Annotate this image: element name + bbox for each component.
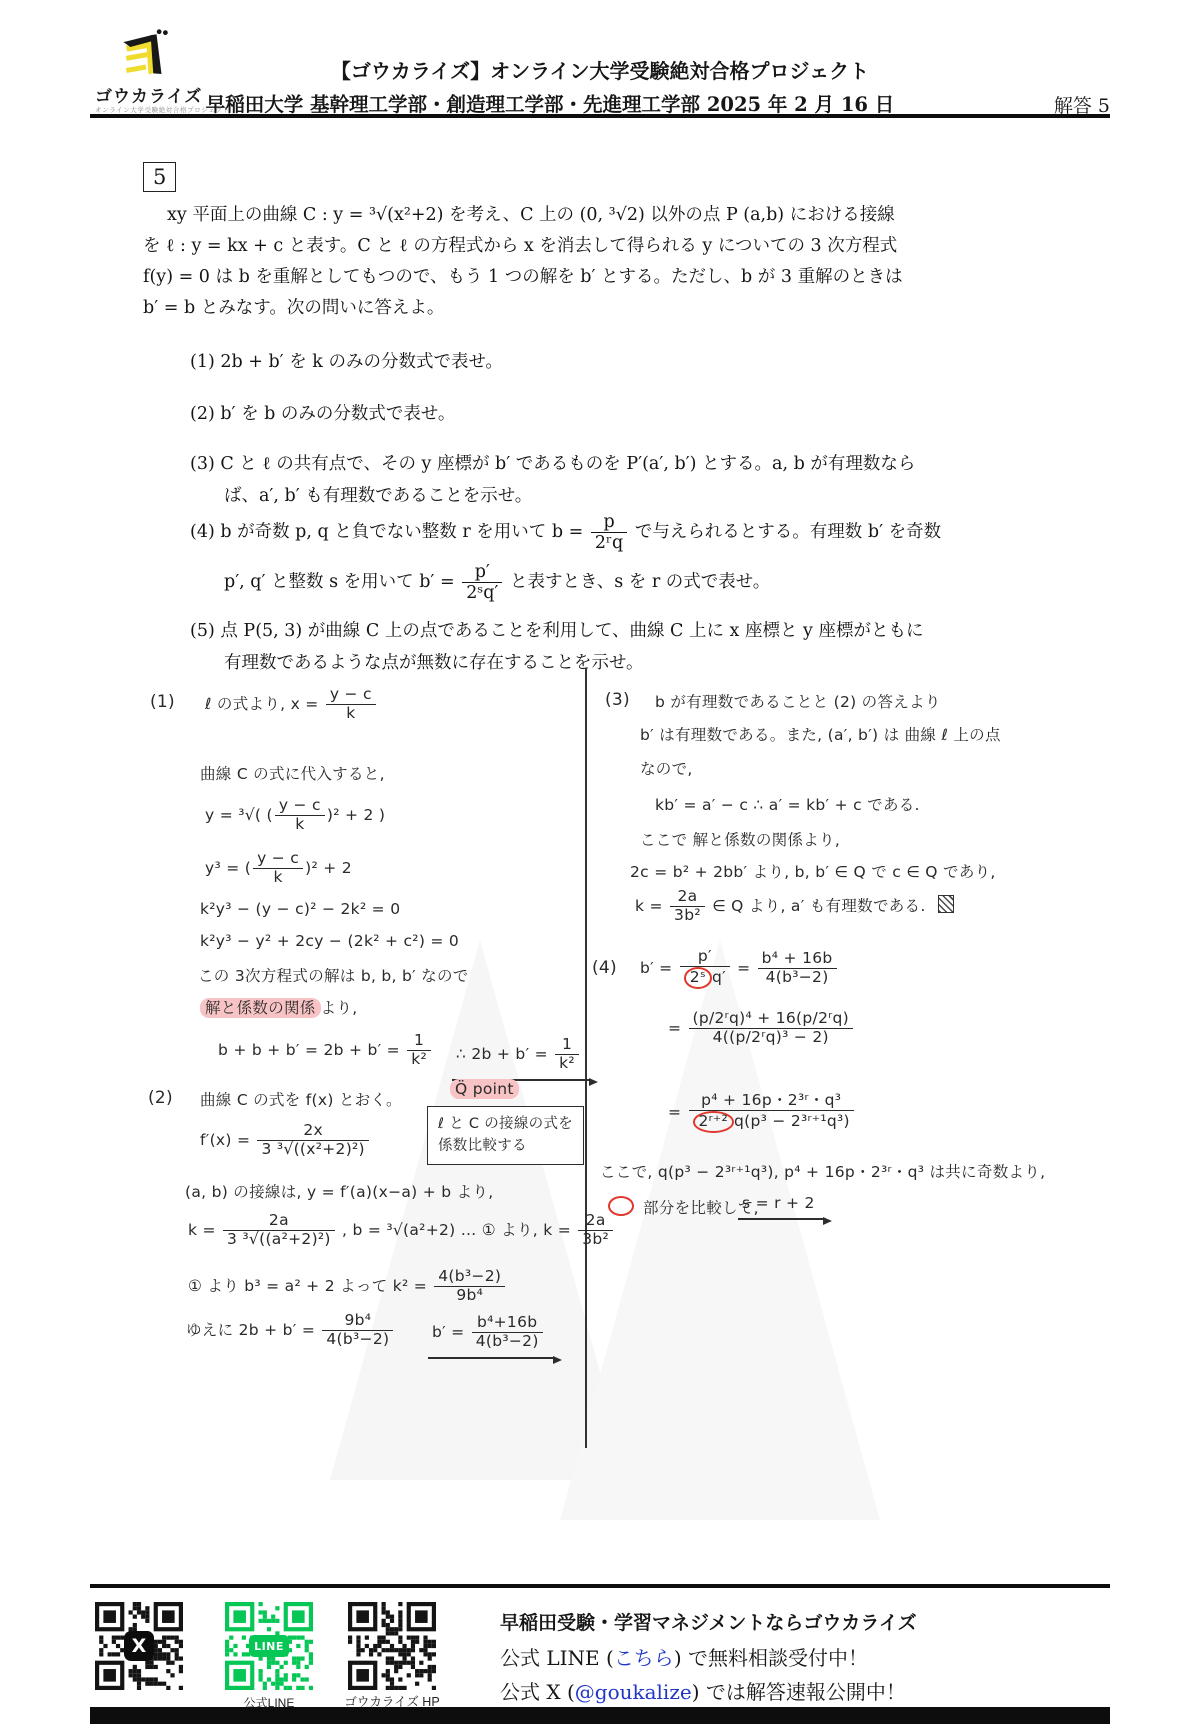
footer-bottom-bar <box>90 1707 1110 1724</box>
header-rule <box>90 114 1110 118</box>
part-label: (1) <box>150 692 175 712</box>
solution-line: 部分を比較して, <box>608 1196 759 1218</box>
solution-line: ゆえに 2b + b′ = 9b⁴4(b³−2) <box>186 1312 395 1349</box>
solution-line: この 3次方程式の解は b, b, b′ なので <box>198 964 469 986</box>
solution-line: b′ は有理数である。また, (a′, b′) は 曲線 ℓ 上の点 <box>640 723 1001 745</box>
problem-item-2: (2) b′ を b のみの分数式で表せ。 <box>190 400 455 425</box>
red-oval-mark <box>608 1196 634 1216</box>
problem-item-3: (3) C と ℓ の共有点で、その y 座標が b′ であるものを P′(a′… <box>190 450 915 475</box>
problem-statement-line: xy 平面上の曲線 C : y = ³√(x²+2) を考え、C 上の (0, … <box>167 201 895 226</box>
footer-x-line: 公式 X (@goukalize) では解答速報公開中！ <box>500 1676 906 1705</box>
line-logo-icon: LINE <box>249 1635 289 1657</box>
problem-item-5: (5) 点 P(5, 3) が曲線 C 上の点であることを利用して、曲線 C 上… <box>190 617 924 642</box>
solution-line: ① より b³ = a² + 2 よって k² = 4(b³−2)9b⁴ <box>188 1268 507 1305</box>
qed-mark <box>938 895 954 913</box>
part-label: (2) <box>148 1088 173 1108</box>
solution-line: y³ = (y − ck)² + 2 <box>205 850 352 887</box>
footer-tagline: 早稲田受験・学習マネジメントならゴウカライズ <box>500 1608 917 1635</box>
line-link[interactable]: こちら <box>614 1646 674 1670</box>
solution-line: 曲線 C の式を f(x) とおく。 <box>200 1088 402 1110</box>
solution-line: f′(x) = 2x3 ³√((x²+2)²) <box>200 1122 371 1159</box>
solution-line: k = 2a3 ³√((a²+2)²) , b = ³√(a²+2) … ① よ… <box>188 1212 615 1249</box>
qr-pattern <box>348 1602 436 1695</box>
solution-line: 解と係数の関係より, <box>200 996 357 1018</box>
solution-line: ℓ の式より, x = y − ck <box>205 686 378 723</box>
problem-statement-line: f(y) = 0 は b を重解としてもつので、もう 1 つの解を b′ とする… <box>143 263 903 288</box>
x-logo-icon: X <box>124 1631 154 1661</box>
solution-line: 2c = b² + 2bb′ より, b, b′ ∈ Q で c ∈ Q であり… <box>630 860 996 882</box>
solution-line: y = ³√( (y − ck)² + 2 ) <box>205 797 385 834</box>
solution-line: b + b + b′ = 2b + b′ = 1k² <box>218 1032 433 1069</box>
problem-item-5-cont: 有理数であるような点が無数に存在することを示せ。 <box>224 649 643 674</box>
solution-line: なので, <box>640 757 693 779</box>
problem-statement-line: b′ = b とみなす。次の問いに答えよ。 <box>143 294 444 319</box>
part-label: (3) <box>605 690 630 710</box>
solution-line: k²y³ − y² + 2cy − (2k² + c²) = 0 <box>200 932 459 950</box>
solution-line: = (p/2ʳq)⁴ + 16(p/2ʳq)4((p/2ʳq)³ − 2) <box>668 1010 855 1047</box>
problem-number-box: 5 <box>143 162 176 192</box>
problem-item-1: (1) 2b + b′ を k のみの分数式で表せ。 <box>190 348 503 373</box>
solution-line: k²y³ − (y − c)² − 2k² = 0 <box>200 900 400 918</box>
solution-line: k = 2a3b² ∈ Q より, a′ も有理数である. <box>635 888 954 925</box>
problem-statement-line: を ℓ : y = kx + c と表す。C と ℓ の方程式から x を消去し… <box>143 232 897 257</box>
qr-code-x: X <box>95 1602 183 1690</box>
highlighted-phrase: 解と係数の関係 <box>200 998 321 1018</box>
solution-line: = p⁴ + 16p・2³ʳ・q³2ʳ⁺²q(p³ − 2³ʳ⁺¹q³) <box>668 1092 856 1133</box>
solution-line: ここで, q(p³ − 2³ʳ⁺¹q³), p⁴ + 16p・2³ʳ・q³ は共… <box>600 1160 1045 1182</box>
solution-line: (a, b) の接線は, y = f′(a)(x−a) + b より, <box>185 1180 493 1202</box>
answer-1: ∴ 2b + b′ = 1k² <box>452 1034 591 1081</box>
problem-item-3-cont: ば、a′, b′ も有理数であることを示せ。 <box>224 482 532 507</box>
header-title: 【ゴウカライズ】オンライン大学受験絶対合格プロジェクト <box>200 55 1000 84</box>
qr-code-hp <box>348 1602 436 1690</box>
header-subtitle: 早稲田大学 基幹理工学部・創造理工学部・先進理工学部 2025 年 2 月 16… <box>120 89 980 117</box>
qr-code-line: LINE <box>225 1602 313 1690</box>
solution-line: b′ = p′2ˢq′ = b⁴ + 16b4(b³−2) <box>640 948 839 989</box>
problem-item-4: (4) b が奇数 p, q と負でない整数 r を用いて b = p2ʳq で… <box>190 512 941 553</box>
q-point-box: ℓ と C の接線の式を 係数比較する <box>427 1106 584 1165</box>
answer-4: s = r + 2 <box>738 1192 825 1220</box>
solution-line: ここで 解と係数の関係より, <box>640 828 840 850</box>
x-account-link[interactable]: @goukalize <box>575 1680 692 1704</box>
part-label: (4) <box>592 958 617 978</box>
answer-2: b′ = b⁴+16b4(b³−2) <box>428 1312 555 1359</box>
solution-line: b が有理数であることと (2) の答えより <box>655 690 941 712</box>
footer-rule <box>90 1584 1110 1588</box>
brand-logo-icon <box>116 28 180 82</box>
solution-line: 曲線 C の式に代入すると, <box>200 762 385 784</box>
solution-line: kb′ = a′ − c ∴ a′ = kb′ + c である. <box>655 793 920 815</box>
footer-line-line: 公式 LINE (こちら) で無料相談受付中！ <box>500 1642 868 1671</box>
problem-item-4-cont: p′, q′ と整数 s を用いて b′ = p′2ˢq′ と表すとき、s を … <box>224 562 770 603</box>
q-point-label: Q̈ point <box>450 1080 519 1098</box>
answer-sheet-page: ゴウカライズ オンライン大学受験絶対合格プロジェクト 【ゴウカライズ】オンライン… <box>0 0 1200 1724</box>
